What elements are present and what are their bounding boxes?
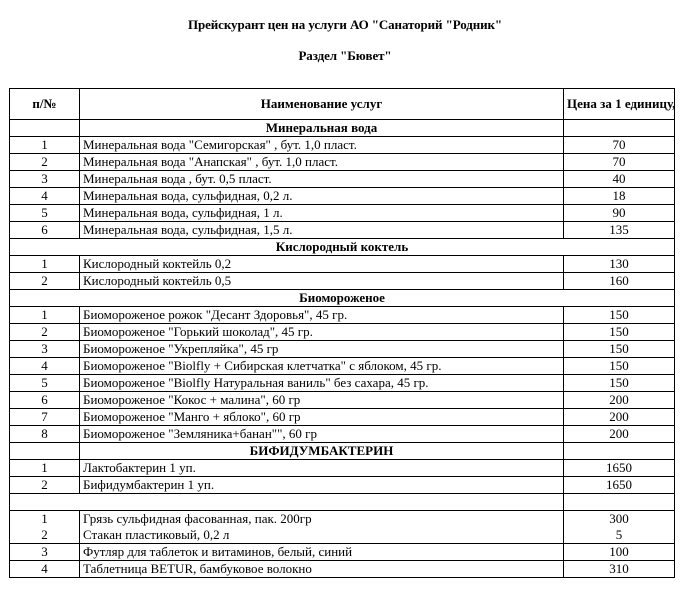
table-row: 4Таблетница BETUR, бамбуковое волокно310 <box>10 561 675 578</box>
table-row: 3Футляр для таблеток и витаминов, белый,… <box>10 544 675 561</box>
item-price: 135 <box>564 222 675 239</box>
item-number: 1 <box>10 460 80 477</box>
item-price: 150 <box>564 341 675 358</box>
item-number: 4 <box>10 188 80 205</box>
section-title: Минеральная вода <box>80 120 564 137</box>
item-number: 5 <box>10 375 80 392</box>
item-number: 1 <box>10 137 80 154</box>
price-table: п/№ Наименование услуг Цена за 1 единицу… <box>9 88 675 578</box>
table-body: Минеральная вода1Минеральная вода "Семиг… <box>10 120 675 578</box>
section-empty-cell <box>10 120 80 137</box>
item-name: Минеральная вода, сульфидная, 1,5 л. <box>80 222 564 239</box>
section-title: Биомороженое <box>10 290 675 307</box>
item-name: Кислородный коктейль 0,2 <box>80 256 564 273</box>
item-number: 7 <box>10 409 80 426</box>
section-empty-cell <box>564 120 675 137</box>
section-title <box>10 494 564 511</box>
table-row: 2Бифидумбактерин 1 уп.1650 <box>10 477 675 494</box>
item-number: 5 <box>10 205 80 222</box>
item-name: Минеральная вода, сульфидная, 1 л. <box>80 205 564 222</box>
item-number: 2 <box>10 154 80 171</box>
item-number: 1 <box>10 307 80 324</box>
item-number: 6 <box>10 222 80 239</box>
item-name: Биомороженое "Укрепляйка", 45 гр <box>80 341 564 358</box>
table-row: 3Минеральная вода , бут. 0,5 пласт.40 <box>10 171 675 188</box>
section-empty-cell <box>564 443 675 460</box>
table-row: 1Кислородный коктейль 0,2130 <box>10 256 675 273</box>
section-header-row: Кислородный коктель <box>10 239 675 256</box>
item-price: 310 <box>564 561 675 578</box>
section-title: БИФИДУМБАКТЕРИН <box>80 443 564 460</box>
table-row: 2Стакан пластиковый, 0,2 л5 <box>10 527 675 544</box>
item-name: Кислородный коктейль 0,5 <box>80 273 564 290</box>
table-row: 1Биомороженое рожок "Десант Здоровья", 4… <box>10 307 675 324</box>
item-name: Биомороженое "Biolfly + Сибирская клетча… <box>80 358 564 375</box>
section-header-row <box>10 494 675 511</box>
item-name: Футляр для таблеток и витаминов, белый, … <box>80 544 564 561</box>
table-row: 7Биомороженое "Манго + яблоко", 60 гр200 <box>10 409 675 426</box>
item-price: 200 <box>564 392 675 409</box>
item-number: 1 <box>10 256 80 273</box>
item-number: 2 <box>10 477 80 494</box>
item-number: 3 <box>10 171 80 188</box>
section-title: Кислородный коктель <box>10 239 675 256</box>
document-title: Прейскурант цен на услуги АО "Санаторий … <box>0 17 690 33</box>
table-row: 5Минеральная вода, сульфидная, 1 л.90 <box>10 205 675 222</box>
item-price: 200 <box>564 409 675 426</box>
item-number: 3 <box>10 544 80 561</box>
table-row: 1Лактобактерин 1 уп.1650 <box>10 460 675 477</box>
item-price: 200 <box>564 426 675 443</box>
table-row: 4Минеральная вода, сульфидная, 0,2 л.18 <box>10 188 675 205</box>
item-number: 1 <box>10 511 80 528</box>
table-row: 6Минеральная вода, сульфидная, 1,5 л.135 <box>10 222 675 239</box>
item-name: Биомороженое "Манго + яблоко", 60 гр <box>80 409 564 426</box>
item-price: 150 <box>564 358 675 375</box>
item-name: Биомороженое "Biolfly Натуральная ваниль… <box>80 375 564 392</box>
column-header-price: Цена за 1 единицу, руб <box>564 89 675 120</box>
item-name: Лактобактерин 1 уп. <box>80 460 564 477</box>
item-number: 2 <box>10 527 80 544</box>
item-price: 5 <box>564 527 675 544</box>
item-name: Бифидумбактерин 1 уп. <box>80 477 564 494</box>
item-price: 40 <box>564 171 675 188</box>
table-row: 8Биомороженое "Земляника+банан"", 60 гр2… <box>10 426 675 443</box>
table-row: 1Минеральная вода "Семигорская" , бут. 1… <box>10 137 675 154</box>
column-header-number: п/№ <box>10 89 80 120</box>
table-row: 1Грязь сульфидная фасованная, пак. 200гр… <box>10 511 675 528</box>
table-row: 4Биомороженое "Biolfly + Сибирская клетч… <box>10 358 675 375</box>
table-row: 2Биомороженое "Горький шоколад", 45 гр.1… <box>10 324 675 341</box>
item-price: 130 <box>564 256 675 273</box>
table-row: 2Кислородный коктейль 0,5160 <box>10 273 675 290</box>
column-header-name: Наименование услуг <box>80 89 564 120</box>
item-name: Биомороженое рожок "Десант Здоровья", 45… <box>80 307 564 324</box>
item-price: 150 <box>564 375 675 392</box>
item-name: Минеральная вода , бут. 0,5 пласт. <box>80 171 564 188</box>
item-name: Минеральная вода "Анапская" , бут. 1,0 п… <box>80 154 564 171</box>
item-number: 4 <box>10 358 80 375</box>
document-subtitle: Раздел "Бювет" <box>0 48 690 64</box>
item-price: 1650 <box>564 460 675 477</box>
item-number: 3 <box>10 341 80 358</box>
item-number: 4 <box>10 561 80 578</box>
item-number: 2 <box>10 324 80 341</box>
item-price: 300 <box>564 511 675 528</box>
item-name: Таблетница BETUR, бамбуковое волокно <box>80 561 564 578</box>
item-name: Минеральная вода, сульфидная, 0,2 л. <box>80 188 564 205</box>
section-header-row: Биомороженое <box>10 290 675 307</box>
item-name: Биомороженое "Кокос + малина", 60 гр <box>80 392 564 409</box>
table-row: 5Биомороженое "Biolfly Натуральная ванил… <box>10 375 675 392</box>
item-name: Стакан пластиковый, 0,2 л <box>80 527 564 544</box>
item-price: 100 <box>564 544 675 561</box>
table-row: 2Минеральная вода "Анапская" , бут. 1,0 … <box>10 154 675 171</box>
item-price: 70 <box>564 154 675 171</box>
item-name: Биомороженое "Горький шоколад", 45 гр. <box>80 324 564 341</box>
item-number: 8 <box>10 426 80 443</box>
item-number: 2 <box>10 273 80 290</box>
item-price: 90 <box>564 205 675 222</box>
item-number: 6 <box>10 392 80 409</box>
item-price: 18 <box>564 188 675 205</box>
table-header-row: п/№ Наименование услуг Цена за 1 единицу… <box>10 89 675 120</box>
item-price: 70 <box>564 137 675 154</box>
table-row: 3Биомороженое "Укрепляйка", 45 гр150 <box>10 341 675 358</box>
item-name: Биомороженое "Земляника+банан"", 60 гр <box>80 426 564 443</box>
item-name: Минеральная вода "Семигорская" , бут. 1,… <box>80 137 564 154</box>
item-price: 1650 <box>564 477 675 494</box>
section-empty-cell <box>564 494 675 511</box>
section-header-row: БИФИДУМБАКТЕРИН <box>10 443 675 460</box>
section-header-row: Минеральная вода <box>10 120 675 137</box>
table-row: 6Биомороженое "Кокос + малина", 60 гр200 <box>10 392 675 409</box>
item-price: 150 <box>564 324 675 341</box>
item-price: 150 <box>564 307 675 324</box>
section-empty-cell <box>10 443 80 460</box>
item-price: 160 <box>564 273 675 290</box>
item-name: Грязь сульфидная фасованная, пак. 200гр <box>80 511 564 528</box>
